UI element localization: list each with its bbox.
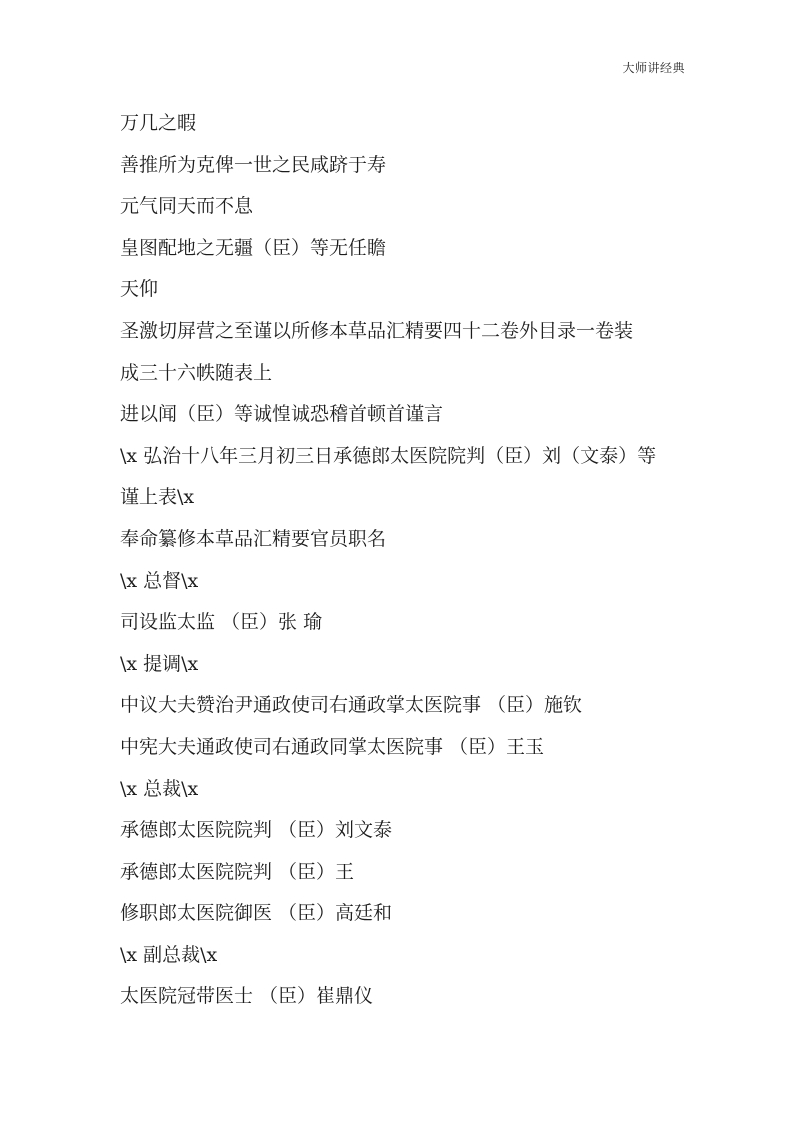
text-line: 圣激切屏营之至谨以所修本草品汇精要四十二卷外目录一卷装: [120, 311, 690, 353]
text-line: 万几之暇: [120, 103, 690, 145]
official-entry: 中议大夫赞治尹通政使司右通政掌太医院事 （臣）施钦: [120, 685, 690, 727]
text-line: 元气同天而不息: [120, 186, 690, 228]
section-heading: \x 提调\x: [120, 644, 690, 686]
text-line: 皇图配地之无疆（臣）等无任瞻: [120, 228, 690, 270]
section-heading: \x 总督\x: [120, 561, 690, 603]
section-title: 奉命纂修本草品汇精要官员职名: [120, 519, 690, 561]
official-entry: 司设监太监 （臣）张 瑜: [120, 602, 690, 644]
official-entry: 修职郎太医院御医 （臣）高廷和: [120, 893, 690, 935]
section-heading: \x 副总裁\x: [120, 935, 690, 977]
section-heading: \x 总裁\x: [120, 769, 690, 811]
text-line: 善推所为克俾一世之民咸跻于寿: [120, 145, 690, 187]
official-entry: 中宪大夫通政使司右通政同掌太医院事 （臣）王玉: [120, 727, 690, 769]
text-line: 成三十六帙随表上: [120, 353, 690, 395]
document-page: 大师讲经典 万几之暇 善推所为克俾一世之民咸跻于寿 元气同天而不息 皇图配地之无…: [0, 0, 793, 1122]
page-header-title: 大师讲经典: [622, 59, 685, 76]
official-entry: 承德郎太医院院判 （臣）刘文泰: [120, 810, 690, 852]
text-line: 天仰: [120, 269, 690, 311]
official-entry: 承德郎太医院院判 （臣）王: [120, 852, 690, 894]
document-body: 万几之暇 善推所为克俾一世之民咸跻于寿 元气同天而不息 皇图配地之无疆（臣）等无…: [120, 103, 690, 1018]
text-line: 进以闻（臣）等诚惶诚恐稽首顿首谨言: [120, 394, 690, 436]
text-line: 谨上表\x: [120, 477, 690, 519]
text-line: \x 弘治十八年三月初三日承德郎太医院院判（臣）刘（文泰）等: [120, 436, 690, 478]
official-entry: 太医院冠带医士 （臣）崔鼎仪: [120, 976, 690, 1018]
